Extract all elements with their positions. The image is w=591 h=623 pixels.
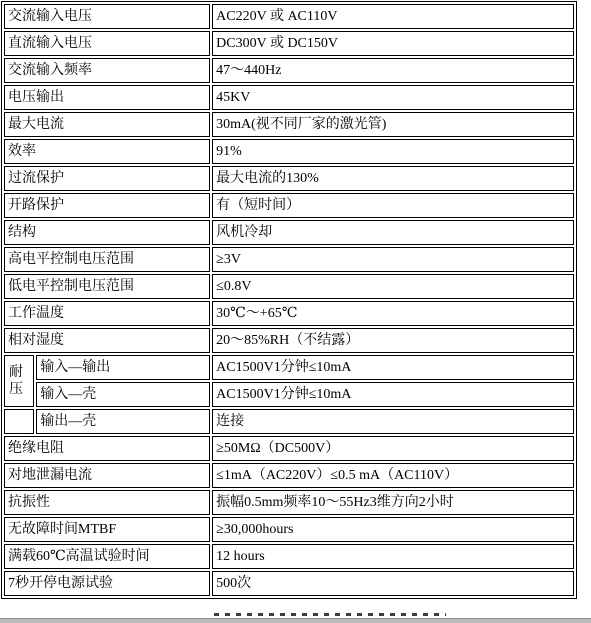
spec-label-cell: 绝缘电阻 (4, 436, 210, 461)
table-row: 效率91% (4, 139, 574, 164)
spec-sublabel-cell: 输出—壳 (36, 409, 210, 434)
spec-value-cell: ≤0.8V (212, 274, 574, 299)
spec-value-cell: ≥50MΩ（DC500V） (212, 436, 574, 461)
spec-label-cell: 结构 (4, 220, 210, 245)
table-row: 过流保护最大电流的130% (4, 166, 574, 191)
table-row: 满载60℃高温试验时间12 hours (4, 544, 574, 569)
table-row: 开路保护有（短时间） (4, 193, 574, 218)
spec-label-cell: 效率 (4, 139, 210, 164)
spec-value-cell: 振幅0.5mm频率10～55Hz3维方向2小时 (212, 490, 574, 515)
spec-sublabel-cell: 输入—壳 (36, 382, 210, 407)
table-row: 无故障时间MTBF≥30,000hours (4, 517, 574, 542)
spec-label-cell: 高电平控制电压范围 (4, 247, 210, 272)
spec-label-cell: 无故障时间MTBF (4, 517, 210, 542)
spec-value-cell: AC220V 或 AC110V (212, 4, 574, 29)
specification-table: 交流输入电压AC220V 或 AC110V直流输入电压DC300V 或 DC15… (1, 1, 577, 599)
spec-value-cell: 47～440Hz (212, 58, 574, 83)
spec-value-cell: 连接 (212, 409, 574, 434)
spec-label-cell: 最大电流 (4, 112, 210, 137)
spec-value-cell: AC1500V1分钟≤10mA (212, 355, 574, 380)
spec-label-cell: 工作温度 (4, 301, 210, 326)
table-row: 低电平控制电压范围≤0.8V (4, 274, 574, 299)
table-row: 最大电流30mA(视不同厂家的激光管) (4, 112, 574, 137)
spec-label-cell: 过流保护 (4, 166, 210, 191)
spec-value-cell: 30℃～+65℃ (212, 301, 574, 326)
table-row: 输入—壳AC1500V1分钟≤10mA (4, 382, 574, 407)
table-row: 抗振性振幅0.5mm频率10～55Hz3维方向2小时 (4, 490, 574, 515)
spec-label-cell: 对地泄漏电流 (4, 463, 210, 488)
table-row: 绝缘电阻≥50MΩ（DC500V） (4, 436, 574, 461)
table-row: 高电平控制电压范围≥3V (4, 247, 574, 272)
spec-label-cell: 满载60℃高温试验时间 (4, 544, 210, 569)
spec-label-cell: 交流输入电压 (4, 4, 210, 29)
spec-value-cell: 12 hours (212, 544, 574, 569)
spec-value-cell: 风机冷却 (212, 220, 574, 245)
spec-value-cell: DC300V 或 DC150V (212, 31, 574, 56)
bottom-edge-strip (0, 618, 591, 623)
table-row: 工作温度30℃～+65℃ (4, 301, 574, 326)
spec-label-cell: 低电平控制电压范围 (4, 274, 210, 299)
table-row: 直流输入电压DC300V 或 DC150V (4, 31, 574, 56)
spec-value-cell: ≤1mA（AC220V）≤0.5 mA（AC110V） (212, 463, 574, 488)
spec-value-cell: 91% (212, 139, 574, 164)
spec-label-cell: 开路保护 (4, 193, 210, 218)
table-row: 耐压输入—输出AC1500V1分钟≤10mA (4, 355, 574, 380)
spec-value-cell: 500次 (212, 571, 574, 596)
spec-sublabel-cell: 输入—输出 (36, 355, 210, 380)
spec-label-cell: 相对湿度 (4, 328, 210, 353)
table-row: 输出—壳连接 (4, 409, 574, 434)
spec-value-cell: ≥3V (212, 247, 574, 272)
table-row: 结构风机冷却 (4, 220, 574, 245)
group-empty-cell (4, 409, 34, 434)
table-row: 对地泄漏电流≤1mA（AC220V）≤0.5 mA（AC110V） (4, 463, 574, 488)
spec-value-cell: ≥30,000hours (212, 517, 574, 542)
spec-value-cell: 20～85%RH（不结露） (212, 328, 574, 353)
table-row: 交流输入频率47～440Hz (4, 58, 574, 83)
table-row: 相对湿度20～85%RH（不结露） (4, 328, 574, 353)
spec-label-cell: 抗振性 (4, 490, 210, 515)
specification-table-body: 交流输入电压AC220V 或 AC110V直流输入电压DC300V 或 DC15… (4, 4, 574, 596)
spec-label-cell: 电压输出 (4, 85, 210, 110)
spec-label-cell: 7秒开停电源试验 (4, 571, 210, 596)
spec-value-cell: AC1500V1分钟≤10mA (212, 382, 574, 407)
table-row: 7秒开停电源试验500次 (4, 571, 574, 596)
table-row: 交流输入电压AC220V 或 AC110V (4, 4, 574, 29)
clipped-watermark-marks (214, 613, 446, 616)
spec-value-cell: 有（短时间） (212, 193, 574, 218)
group-label-cell: 耐压 (4, 355, 34, 407)
table-row: 电压输出45KV (4, 85, 574, 110)
spec-value-cell: 最大电流的130% (212, 166, 574, 191)
spec-label-cell: 直流输入电压 (4, 31, 210, 56)
spec-label-cell: 交流输入频率 (4, 58, 210, 83)
spec-value-cell: 30mA(视不同厂家的激光管) (212, 112, 574, 137)
spec-value-cell: 45KV (212, 85, 574, 110)
